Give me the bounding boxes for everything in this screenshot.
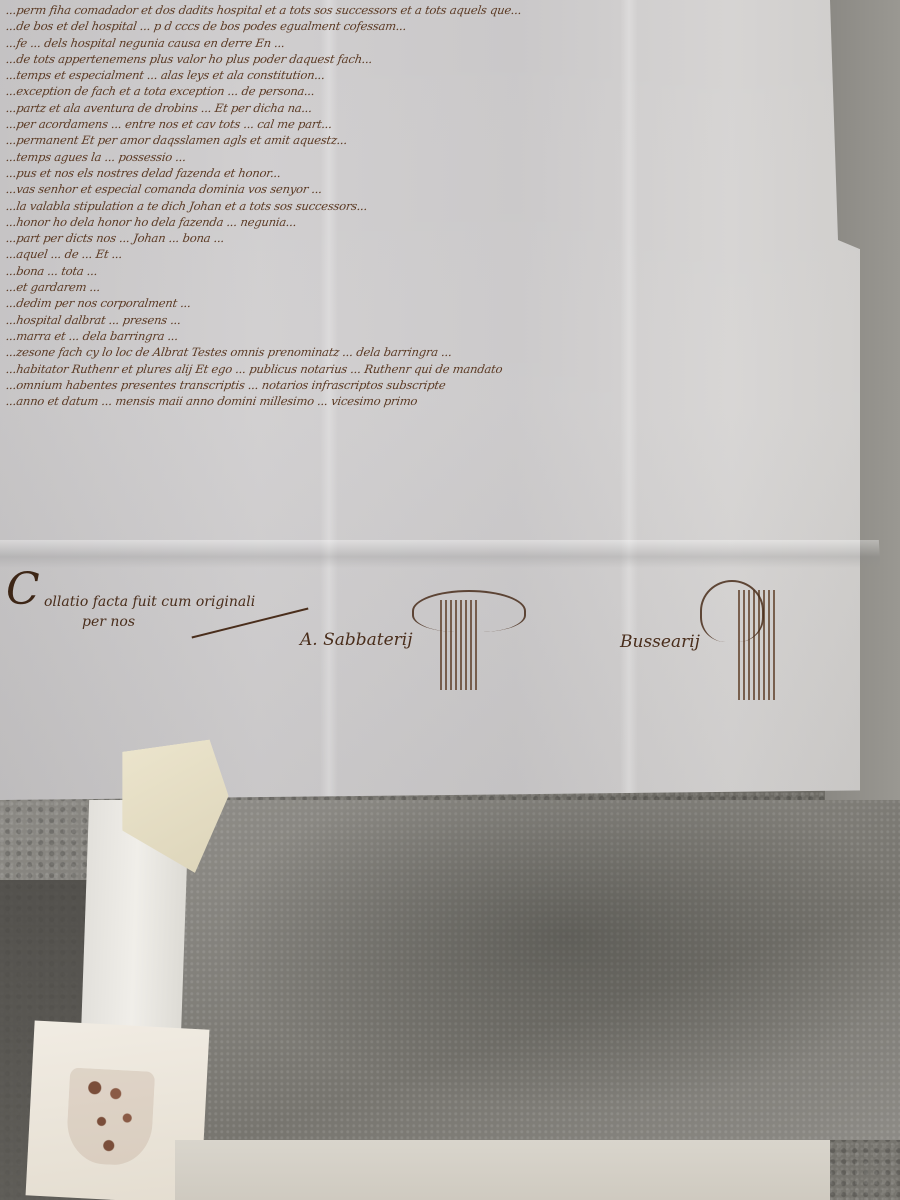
text-line: ...aquel ... de ... Et ... — [5, 246, 815, 262]
text-line: ...temps et especialment ... alas leys e… — [5, 67, 815, 83]
collation-note: C ollatio facta fuit cum originali per n… — [20, 592, 255, 632]
text-line: ...part per dicts nos ... Johan ... bona… — [5, 230, 815, 246]
text-line: ...hospital dalbrat ... presens ... — [5, 312, 815, 328]
text-line: ...permanent Et per amor daqsslamen agls… — [5, 132, 815, 148]
text-line: ...zesone fach cy lo loc de Albrat Teste… — [5, 344, 815, 360]
collation-text: ollatio facta fuit cum originali — [20, 592, 255, 612]
text-line: ...exception de fach et a tota exception… — [5, 83, 815, 99]
text-line: ...per acordamens ... entre nos et cav t… — [5, 116, 815, 132]
stone-lower-area — [160, 800, 900, 1140]
notarial-mark-icon — [440, 600, 480, 690]
text-line: ...de bos et del hospital ... p d cccs d… — [5, 18, 815, 34]
text-line: ...habitator Ruthenr et plures alij Et e… — [5, 361, 815, 377]
text-line: ...marra et ... dela barringra ... — [5, 328, 815, 344]
charter-body-text: ...perm fiha comadador et dos dadits hos… — [0, 0, 820, 470]
text-line: ...anno et datum ... mensis maii anno do… — [5, 393, 815, 409]
text-line: ...la valabla stipulation a te dich Joha… — [5, 198, 815, 214]
text-line: ...bona ... tota ... — [5, 263, 815, 279]
text-line: ...temps agues la ... possessio ... — [5, 149, 815, 165]
lower-parchment-sheet — [175, 1140, 830, 1200]
text-line: ...vas senhor et especial comanda domini… — [5, 181, 815, 197]
text-line: ...perm fiha comadador et dos dadits hos… — [5, 2, 815, 18]
signature-flourish — [700, 580, 764, 642]
notarial-subscription: C ollatio facta fuit cum originali per n… — [0, 560, 880, 700]
signature-bussearij: Bussearij — [620, 632, 700, 652]
text-line: ...pus et nos els nostres delad fazenda … — [5, 165, 815, 181]
seal-impression-icon — [65, 1067, 155, 1166]
text-line: ...partz et ala aventura de drobins ... … — [5, 100, 815, 116]
text-line: ...fe ... dels hospital negunia causa en… — [5, 35, 815, 51]
parchment-charter: ...perm fiha comadador et dos dadits hos… — [0, 0, 860, 800]
text-line: ...omnium habentes presentes transcripti… — [5, 377, 815, 393]
text-line: ...honor ho dela honor ho dela fazenda .… — [5, 214, 815, 230]
collation-initial: C — [6, 580, 40, 600]
text-line: ...dedim per nos corporalment ... — [5, 295, 815, 311]
signature-sabbaterij: A. Sabbaterij — [300, 630, 413, 650]
text-line: ...et gardarem ... — [5, 279, 815, 295]
text-line: ...de tots appertenemens plus valor ho p… — [5, 51, 815, 67]
